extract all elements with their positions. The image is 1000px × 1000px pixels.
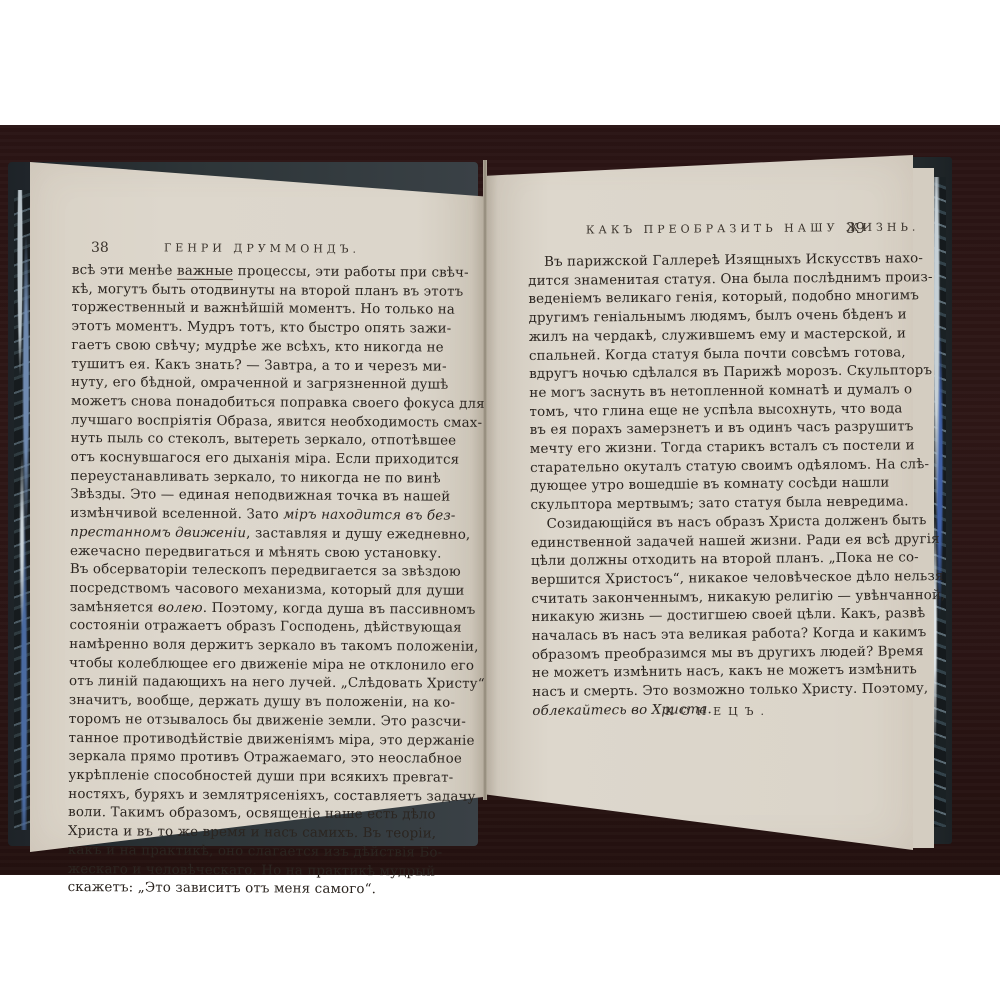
text-line: торомъ не отзывалось бы движеніе земли. … (69, 711, 391, 732)
text-line: Христа и въ то же время и насъ самихъ. В… (68, 823, 390, 844)
text-line: отъ линій падающихъ на него лучей. „Слѣд… (69, 673, 391, 694)
text-line: тушитъ ея. Какъ знать? — Завтра, а то и … (71, 356, 393, 377)
text-line: жилъ на чердакѣ, служившемъ ему и мастер… (529, 326, 855, 348)
text-line: намѣренно воля держитъ зеркало въ такомъ… (69, 636, 391, 657)
text-line: скажетъ: „Это зависитъ отъ меня самого“. (68, 879, 390, 900)
text-line: гаетъ свою свѣчу; мудрѣе же всѣхъ, кто н… (71, 337, 393, 358)
text-line: укрѣпленіе способностей души при всякихъ… (68, 767, 390, 788)
text-line: посредствомъ часового механизма, который… (70, 580, 392, 601)
text-line: торжественный и важнѣйшій моментъ. Но то… (72, 299, 394, 320)
left-page-text: всѣ эти менѣе важные процессы, эти работ… (68, 262, 394, 900)
text-line: нуту, его бѣдной, омраченной и загрязнен… (71, 374, 393, 395)
text-line: ностяхъ, буряхъ и землятрясеніяхъ, соста… (68, 786, 390, 807)
text-line: измѣнчивой вселенной. Зато міръ находитс… (70, 505, 392, 526)
text-line: престанномъ движеніи, заставляя и душу е… (70, 524, 392, 545)
text-line: танное противодѣйствіе движеніямъ міра, … (69, 730, 391, 751)
text-line: замѣняется волею. Поэтому, когда душа въ… (70, 599, 392, 620)
text-line: можетъ снова понадобиться поправка своег… (71, 393, 393, 414)
right-page-number: 39 (846, 219, 865, 237)
text-line: нуть пыль со стеколъ, вытереть зеркало, … (71, 430, 393, 451)
text-line: значитъ, вообще, держать душу въ положен… (69, 692, 391, 713)
text-line: состояніи отражаетъ образъ Господень, дѣ… (69, 617, 391, 638)
right-page-text: Въ парижской Галлереѣ Изящныхъ Искусствъ… (528, 251, 858, 722)
text-line: насъ и смерть. Это возможно только Христ… (532, 681, 858, 703)
text-line: переустанавливать зеркало, то никогда не… (70, 468, 392, 489)
text-line: этотъ моментъ. Мудръ тотъ, кто быстро оп… (71, 318, 393, 339)
text-line: какъ и на практикѣ, оно слагается изъ дѣ… (68, 842, 390, 863)
text-line: Созидающійся въ насъ образъ Христа долже… (531, 513, 857, 535)
book-gutter (483, 160, 487, 800)
text-line: лучшаго воспріятія Образа, явится необхо… (71, 412, 393, 433)
text-line: жескаго и человѣческаго. Но на практикѣ … (68, 860, 390, 881)
left-running-head: ГЕНРИ ДРУММОНДЪ. (164, 241, 360, 255)
text-line: Въ обсерваторіи телескопъ передвигается … (70, 561, 392, 582)
text-line: чтобы колеблющее его движеніе міра не от… (69, 655, 391, 676)
text-line: кѣ, могутъ быть отодвинуты на второй пла… (72, 281, 394, 302)
end-mark: КОНЕЦЪ. (665, 705, 771, 718)
text-line: зеркала прямо противъ Отражаемаго, это н… (68, 748, 390, 769)
text-line: Звѣзды. Это — единая неподвижная точка в… (70, 486, 392, 507)
text-line: всѣ эти менѣе важные процессы, эти работ… (72, 262, 394, 283)
left-page-number: 38 (91, 240, 109, 256)
text-line: воли. Такимъ образомъ, освященіе наше ес… (68, 804, 390, 825)
text-line: ежечасно передвигаться и мѣнять свою уст… (70, 543, 392, 564)
text-line: отъ коснувшагося его дыханія міра. Если … (71, 449, 393, 470)
